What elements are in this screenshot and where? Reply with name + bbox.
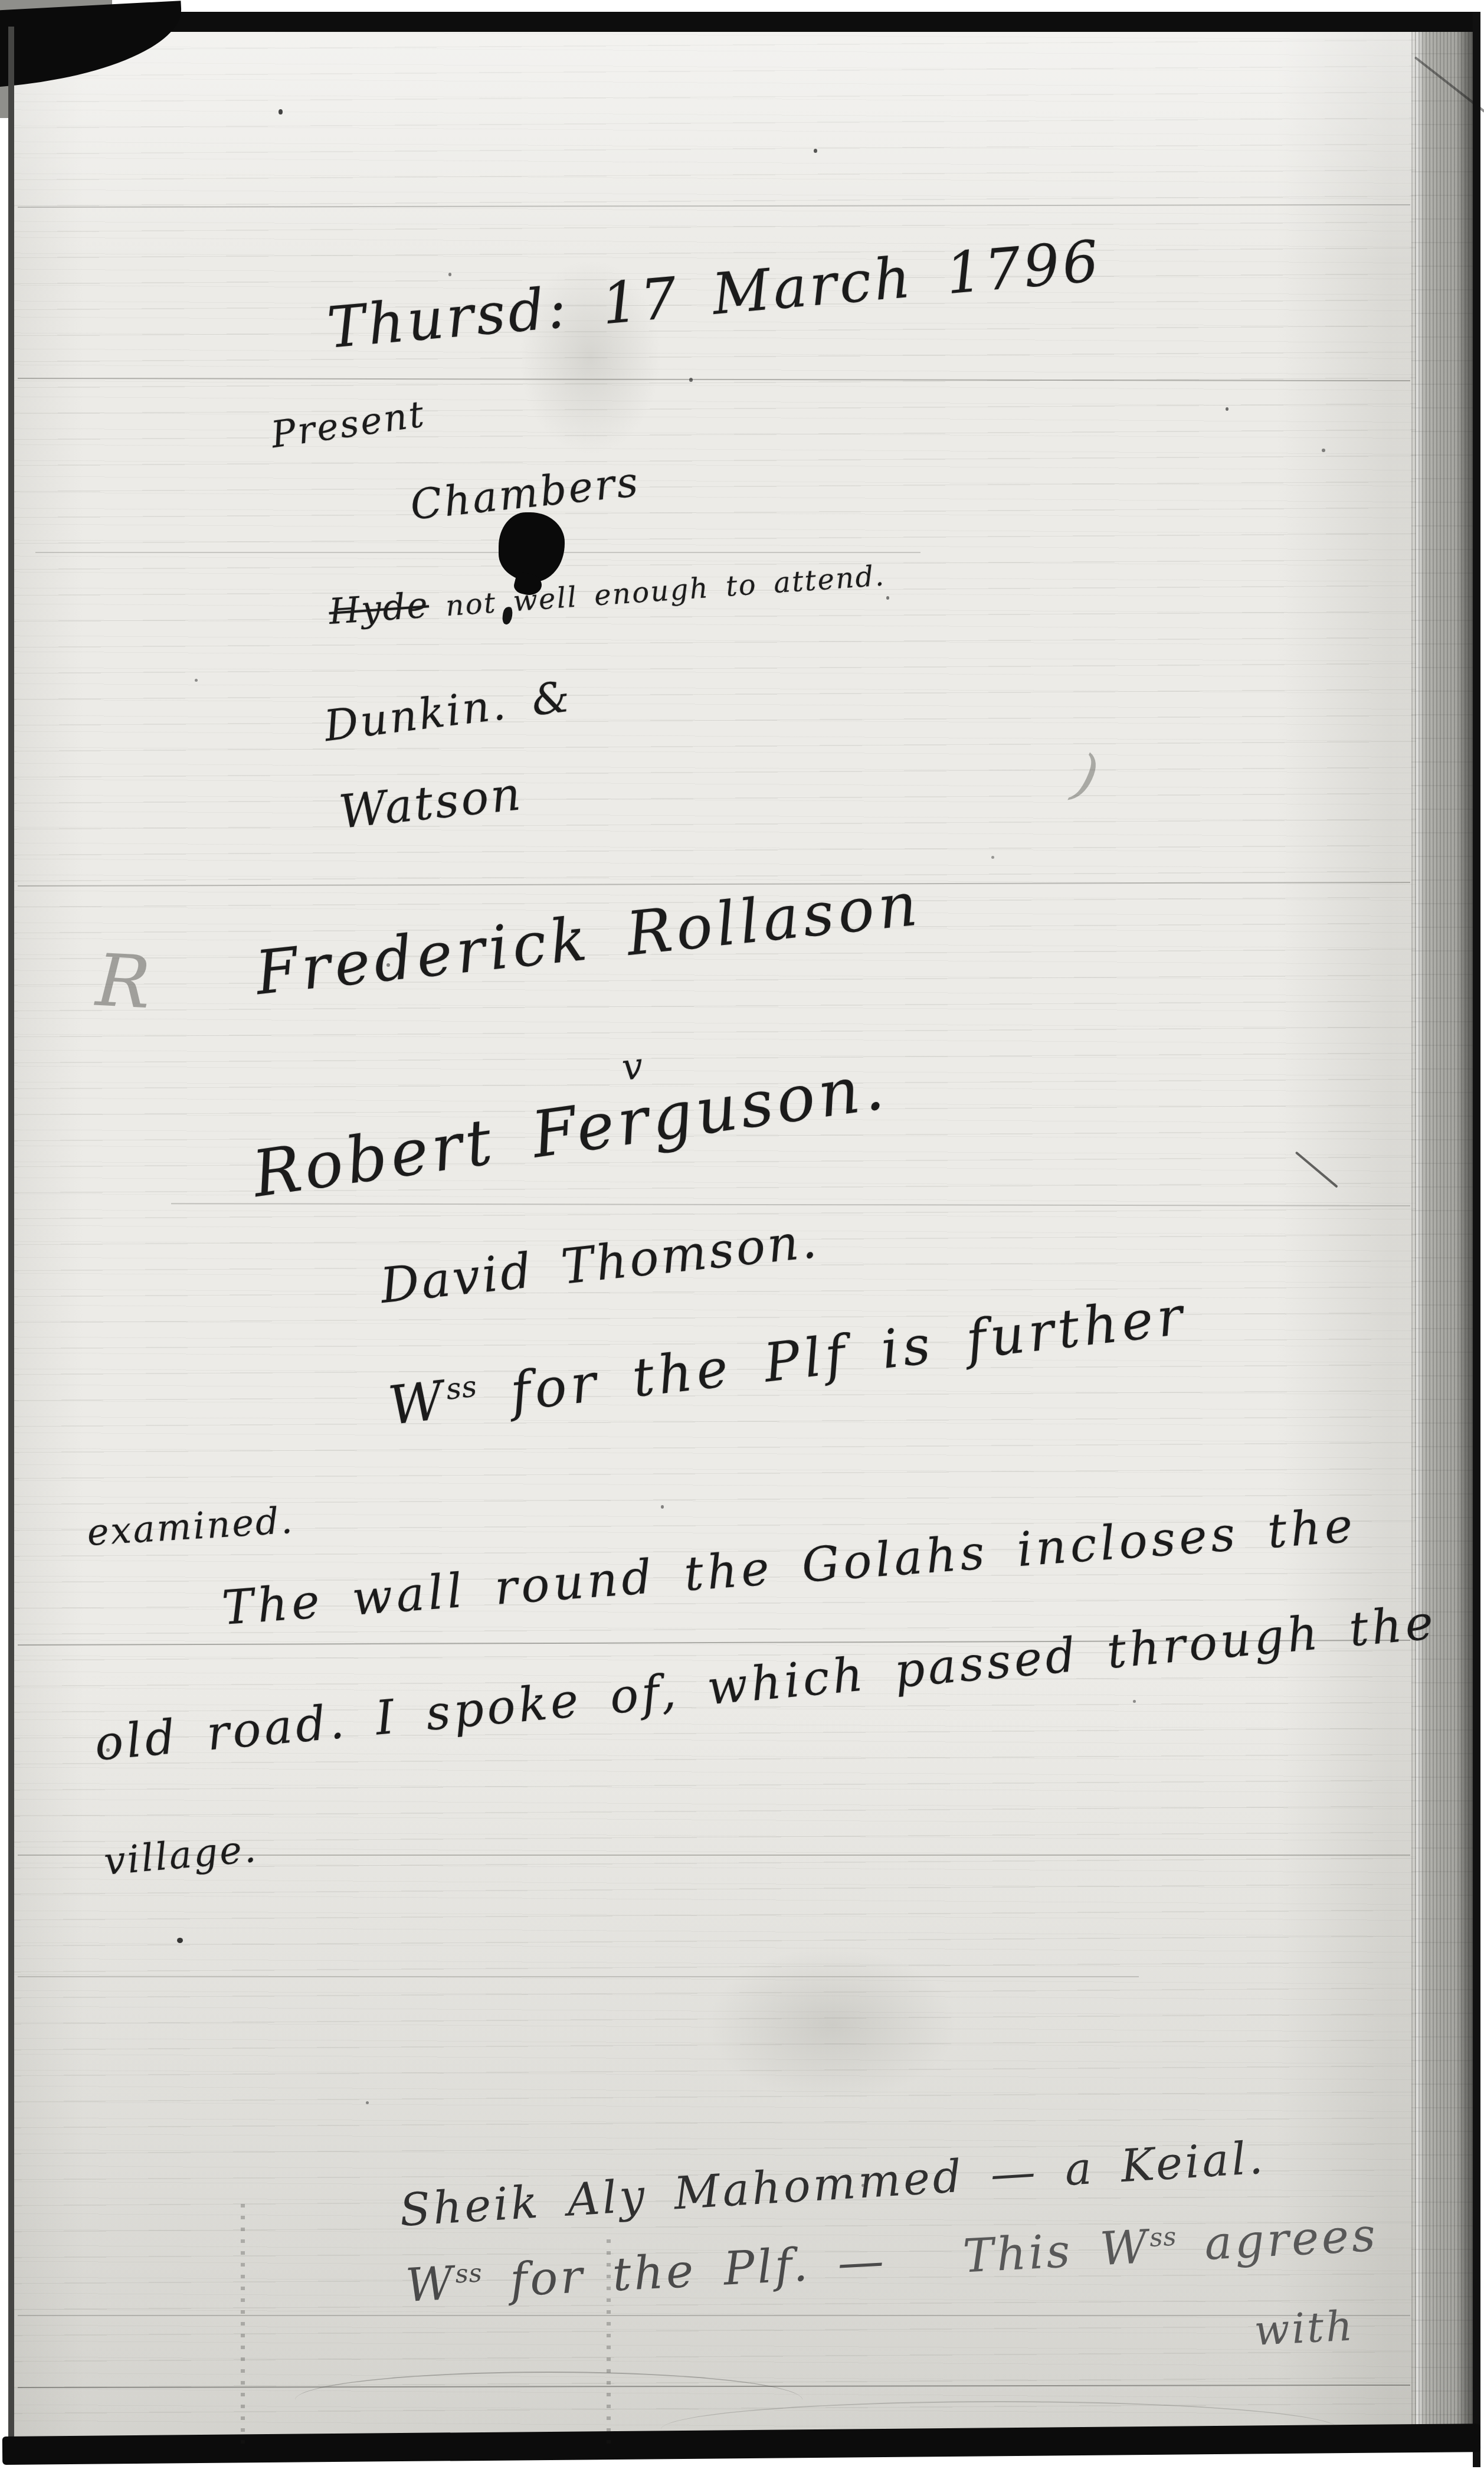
manuscript-page-scan: Thursd: 17 March 1796 Present Chambers H… — [0, 0, 1484, 2479]
ink-speck — [177, 1938, 183, 1943]
page-left-edge — [8, 27, 14, 2444]
struck-name-hyde: Hyde — [327, 584, 430, 633]
ink-speck — [689, 378, 693, 382]
ink-speck — [195, 679, 198, 682]
versus-marker: v — [620, 1044, 647, 1089]
ink-speck — [366, 2101, 369, 2104]
page-right-edge — [1473, 12, 1480, 2467]
catchword-with: with — [1253, 2301, 1356, 2355]
spacing-gap — [887, 2272, 964, 2277]
paper-line — [35, 552, 920, 553]
clerk-note-start: This W — [962, 2220, 1152, 2283]
ink-blot — [499, 512, 565, 582]
ink-speck — [661, 1505, 664, 1509]
witness-abbrev: W — [385, 1369, 451, 1437]
second-witness-abbrev-superscript: ss — [454, 2258, 483, 2289]
clerk-note-superscript: ss — [1149, 2222, 1177, 2253]
witness-abbrev-superscript: ss — [444, 1369, 479, 1407]
ink-speck — [1322, 449, 1325, 452]
ink-speck — [991, 856, 994, 859]
ink-speck — [886, 596, 889, 600]
clerk-note-rest: agrees — [1175, 2209, 1379, 2272]
margin-r-mark: R — [94, 938, 152, 1025]
paper-smudge — [708, 1948, 956, 2101]
paper-line — [18, 2315, 1410, 2316]
paper-line — [18, 1976, 1139, 1977]
ink-speck — [814, 149, 817, 153]
foxing-streak — [241, 2196, 245, 2444]
ink-speck — [1133, 1700, 1136, 1703]
ink-speck — [1226, 407, 1229, 411]
ink-speck — [279, 109, 283, 115]
second-witness-abbrev: W — [404, 2257, 457, 2313]
page-top-edge — [4, 12, 1480, 32]
ink-speck — [448, 273, 451, 276]
